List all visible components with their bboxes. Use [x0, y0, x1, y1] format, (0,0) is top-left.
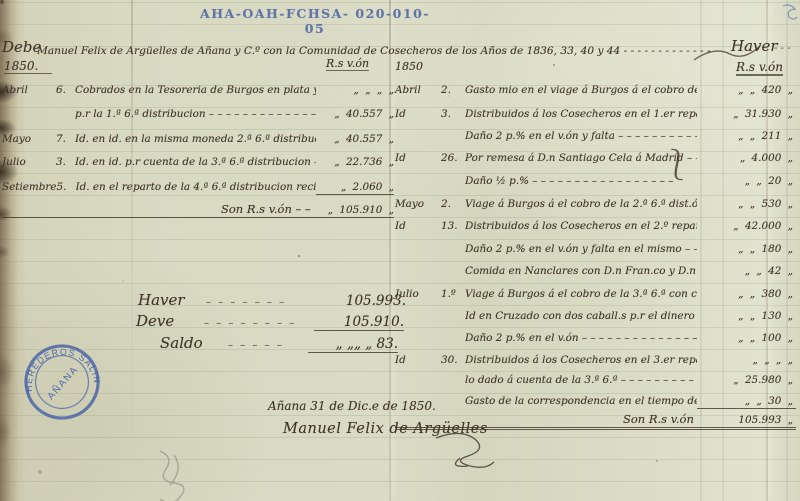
entry-day: 26.	[441, 152, 465, 165]
entry-month: Mayo	[395, 198, 441, 211]
entry-amount: „ „ „ „	[697, 354, 796, 367]
entry-amount: „ „ 211 „	[697, 130, 796, 143]
manuscript-ledger-page: AHA-OAH-FCHSA- 020-010-05 Debe Manuel Fe…	[0, 0, 800, 501]
entry-text: Daño 2 p.% en el v.ón y falta en el mism…	[465, 243, 697, 256]
entry-amount: „ 4.000 „	[697, 152, 796, 165]
debit-entry-row: Julio 3. Id. en id. p.r cuenta de la 3.ª…	[2, 156, 394, 169]
entry-text: Distribuidos á los Cosecheros en el 2.º …	[465, 220, 697, 233]
pencil-scribble	[130, 445, 210, 501]
stamp-center-text: AÑANA	[46, 364, 81, 402]
summary-saldo-row: Saldo – – – – – „ „„ „ 83.	[160, 334, 398, 353]
entry-text: Daño 2 p.% en el v.ón – – – – – – – – – …	[465, 332, 697, 345]
dash-leader: - - -	[774, 43, 791, 54]
entry-text: Gasto mio en el viage á Burgos á el cobr…	[465, 84, 697, 97]
entry-amount: „ „ 100 „	[697, 332, 796, 345]
entry-month: Id	[395, 152, 441, 165]
entry-text: Viage á Burgos á el cobro de la 3.ª 6.ª …	[465, 288, 697, 301]
credit-entry-row: Daño 2 p.% en el v.ón – – – – – – – – – …	[395, 332, 796, 345]
entry-day: 2.	[441, 84, 465, 97]
entry-month: Abril	[395, 84, 441, 97]
entry-day: 3.	[56, 156, 75, 169]
credit-year: 1850	[395, 60, 423, 73]
dash-leader: – – – – –	[228, 340, 308, 351]
entry-amount: „ 40.557 „	[316, 108, 394, 121]
entry-text: Id. en el reparto de la 4.ª 6.ª distribu…	[76, 181, 316, 194]
credit-entry-row: Mayo 2. Viage á Burgos á el cobro de la …	[395, 198, 796, 211]
entry-month: Abril	[2, 84, 56, 97]
credit-entry-row: Daño 2 p.% en el v.ón y falta en el mism…	[395, 243, 796, 256]
ink-specks	[0, 0, 4, 4]
entry-amount: „ „ 180 „	[697, 243, 796, 256]
entry-text: p.r la 1.ª 6.ª distribucion – – – – – – …	[75, 108, 316, 121]
entry-text: Id en Cruzado con dos caball.s p.r el di…	[465, 310, 697, 323]
entry-text: Daño 2 p.% en el v.ón y falta – – – – – …	[465, 130, 697, 143]
credit-entry-row: Daño 2 p.% en el v.ón y falta – – – – – …	[395, 130, 796, 143]
entry-month: Julio	[2, 156, 56, 169]
entry-text: Id. en id. p.r cuenta de la 3.ª 6.ª dist…	[75, 156, 316, 169]
entry-amount: „ „ 420 „	[697, 84, 796, 97]
entry-text: Comida en Nanclares con D.n Fran.co y D.…	[465, 265, 697, 278]
entry-month: Id	[395, 220, 441, 233]
entry-amount: „ 42.000 „	[697, 220, 796, 233]
entry-amount: „ „ 530 „	[697, 198, 796, 211]
dash-leader: – – – – – – – –	[204, 318, 314, 329]
entry-day: 5.	[57, 181, 76, 194]
summary-deve-row: Deve – – – – – – – – 105.910.	[136, 312, 404, 331]
entry-day: 1.º	[441, 288, 465, 301]
entry-amount: „ 40.557 „	[316, 133, 394, 146]
summary-label: Deve	[136, 312, 204, 330]
credit-entry-row: Comida en Nanclares con D.n Fran.co y D.…	[395, 265, 796, 278]
corner-ink-mark	[780, 2, 800, 24]
signature-rubric-flourish	[430, 424, 500, 469]
entry-amount: „ „ 20 „	[697, 175, 796, 188]
debit-entry-row: Mayo 7. Id. en id. en la misma moneda 2.…	[2, 133, 394, 146]
summary-label: Saldo	[160, 334, 228, 352]
entry-amount: „ „ 30 „	[697, 395, 796, 409]
credit-entry-row: Daño ½ p.% – – – – – – – – – – – – – – –…	[395, 175, 796, 188]
entry-amount: „ „ 42 „	[697, 265, 796, 278]
summary-value: 105.993.	[316, 293, 406, 309]
debit-entry-row: Setiembre 5. Id. en el reparto de la 4.ª…	[2, 181, 394, 195]
entry-month: Mayo	[2, 133, 56, 146]
summary-label: Haver	[138, 291, 206, 309]
summary-value: „ „„ „ 83.	[308, 336, 398, 353]
entry-text: Daño ½ p.% – – – – – – – – – – – – – – –…	[465, 175, 697, 188]
debit-column-heading: Debe	[2, 38, 41, 56]
entry-day: 30.	[441, 354, 465, 367]
summary-haver-row: Haver – – – – – – – 105.993.	[138, 291, 406, 309]
credit-entry-row: Gasto de la correspondencia en el tiempo…	[395, 395, 796, 409]
entry-amount: „ „ „ „	[316, 84, 394, 97]
entry-text: Viage á Burgos á el cobro de la 2.ª 6.ª …	[465, 198, 697, 211]
entry-day: 2.	[441, 198, 465, 211]
entry-text: Cobrados en la Tesoreria de Burgos en pl…	[75, 84, 316, 97]
debit-year: 1850.	[4, 59, 52, 74]
entry-amount: „ „ 130 „	[697, 310, 796, 323]
credit-entry-row: lo dado á cuenta de la 3.ª 6.ª – – – – –…	[395, 374, 796, 387]
entry-month: Id	[395, 108, 441, 121]
dash-leader: – – – – – – –	[206, 297, 316, 308]
entry-text: Distribuidos á los Cosecheros en el 1.er…	[465, 108, 697, 121]
credit-entry-row: Id 3. Distribuidos á los Cosecheros en e…	[395, 108, 796, 121]
entry-amount: „ 2.060 „	[316, 181, 394, 195]
total-amount: „ 105.910 „	[316, 204, 394, 217]
credit-entry-row: Abril 2. Gasto mio en el viage á Burgos …	[395, 84, 796, 97]
entry-amount: „ 31.930 „	[697, 108, 796, 121]
entry-day: 6.	[56, 84, 75, 97]
archive-reference-code: AHA-OAH-FCHSA- 020-010-05	[200, 6, 430, 36]
debit-currency-heading: R.s v.ón	[326, 57, 369, 71]
archive-stamp: HEREDEROS SALINAS AÑANA	[14, 334, 111, 431]
entry-amount: „ „ 380 „	[697, 288, 796, 301]
debit-total-row: Son R.s v.ón – – „ 105.910 „	[2, 203, 394, 218]
debit-entry-row: p.r la 1.ª 6.ª distribucion – – – – – – …	[2, 108, 394, 121]
entry-text: Distribuidos á los Cosecheros en el 3.er…	[465, 354, 697, 367]
total-label: Son R.s v.ón – –	[75, 203, 316, 216]
account-title: Manuel Felix de Argüelles de Añana y C.º…	[37, 45, 729, 57]
credit-entry-row: Id 13. Distribuidos á los Cosecheros en …	[395, 220, 796, 233]
entry-month: Id	[395, 354, 441, 367]
credit-entry-row: Id 30. Distribuidos á los Cosecheros en …	[395, 354, 796, 367]
entry-day: 13.	[441, 220, 465, 233]
paper-crease	[131, 0, 133, 501]
entry-amount: „ 25.980 „	[697, 374, 796, 387]
entry-month: Setiembre	[2, 181, 57, 194]
place-date-line: Añana 31 de Dic.e de 1850.	[268, 399, 436, 413]
entry-text: Id. en id. en la misma moneda 2.ª 6.ª di…	[75, 133, 316, 146]
summary-value: 105.910.	[314, 314, 404, 331]
entry-day: 3.	[441, 108, 465, 121]
torn-binding-edge	[0, 0, 18, 501]
credit-entry-row: Julio 1.º Viage á Burgos á el cobro de l…	[395, 288, 796, 301]
total-amount: 105.993 „	[697, 414, 796, 427]
entry-day: 7.	[56, 133, 75, 146]
entry-amount: „ 22.736 „	[316, 156, 394, 169]
credit-entry-row: Id en Cruzado con dos caball.s p.r el di…	[395, 310, 796, 323]
entry-text: Gasto de la correspondencia en el tiempo…	[465, 395, 697, 408]
entry-text: lo dado á cuenta de la 3.ª 6.ª – – – – –…	[465, 374, 697, 387]
debit-entry-row: Abril 6. Cobrados en la Tesoreria de Bur…	[2, 84, 394, 97]
credit-entry-row: Id 26. Por remesa á D.n Santiago Cela á …	[395, 152, 796, 165]
credit-currency-heading: R.s v.ón	[736, 60, 783, 76]
